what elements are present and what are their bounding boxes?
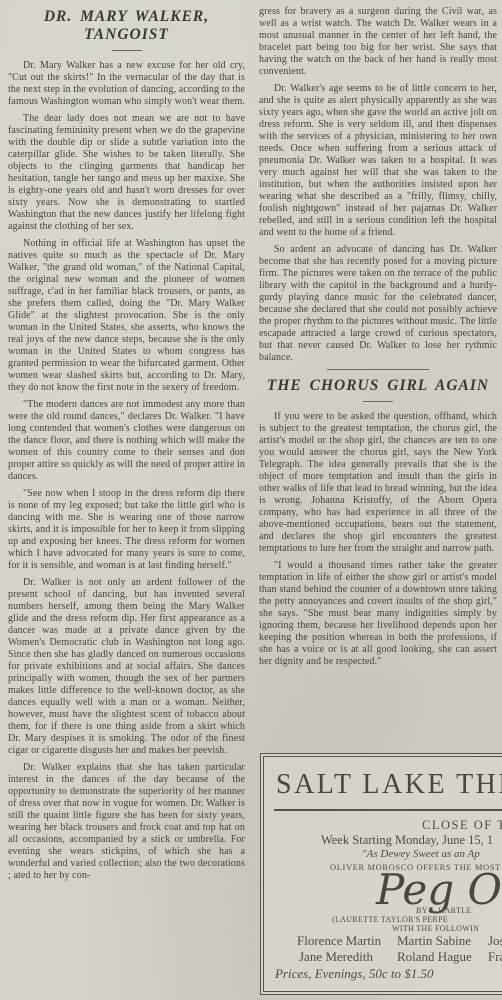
ad-close-of-season: CLOSE OF T — [422, 818, 502, 833]
headline-rule — [363, 401, 393, 402]
ad-cast-name: Jane Meredith — [299, 949, 373, 965]
ad-tagline: "As Dewey Sweet as an Ap — [362, 848, 480, 860]
headline-rule — [112, 50, 142, 51]
right-column: gress for bravery as a surgeon during th… — [259, 6, 497, 673]
ad-cast-name: Roland Hague — [397, 949, 472, 965]
article-continuation-paragraph: gress for bravery as a surgeon during th… — [259, 6, 497, 78]
ad-prices: Prices, Evenings, 50c to $1.50 — [275, 966, 434, 982]
ad-note-following: WITH THE FOLLOWIN — [392, 924, 479, 933]
article-paragraph: Dr. Walker is not only an ardent followe… — [8, 577, 245, 757]
ad-venue-rule — [274, 809, 502, 811]
article-paragraph: "I would a thousand times rather take th… — [259, 560, 497, 668]
article-paragraph: The dear lady does not mean we are not t… — [8, 113, 245, 233]
newspaper-page: DR. MARY WALKER, TANGOIST Dr. Mary Walke… — [0, 0, 502, 1000]
ad-cast-name: Florence Martin — [297, 933, 381, 949]
theatre-ad: SALT LAKE THEATRE CLOSE OF T Week Starti… — [260, 753, 502, 995]
article-paragraph: If you were to be asked the question, of… — [259, 411, 497, 555]
ad-week-starting: Week Starting Monday, June 15, 1 — [321, 833, 493, 848]
section-divider-rule — [327, 369, 429, 370]
ad-venue-name: SALT LAKE THEATRE — [276, 769, 502, 801]
article-paragraph: "See now when I stoop in the dress refor… — [8, 488, 245, 572]
article-paragraph: Dr. Walker explains that she has taken p… — [8, 762, 245, 882]
ad-note-laurette: (LAURETTE TAYLOR'S PERPE — [332, 915, 448, 924]
ad-cast-name: Fraz — [488, 949, 502, 965]
ad-cast-name: Jose — [488, 933, 502, 949]
ad-cast-name: Martin Sabine — [397, 933, 471, 949]
article-title-tangoist: DR. MARY WALKER, TANGOIST — [8, 8, 245, 44]
article-title-chorus-girl: THE CHORUS GIRL AGAIN — [259, 377, 497, 395]
ad-byline: BY J. HARTLE — [416, 906, 472, 915]
article-continuation-paragraph: Dr. Walker's age seems to be of little c… — [259, 83, 497, 239]
article-paragraph: Dr. Mary Walker has a new excuse for her… — [8, 60, 245, 108]
article-continuation-paragraph: So ardent an advocate of dancing has Dr.… — [259, 244, 497, 364]
article-paragraph: Nothing in official life at Washington h… — [8, 238, 245, 394]
article-paragraph: "The modern dances are not immodest any … — [8, 399, 245, 483]
left-column: DR. MARY WALKER, TANGOIST Dr. Mary Walke… — [8, 6, 245, 887]
